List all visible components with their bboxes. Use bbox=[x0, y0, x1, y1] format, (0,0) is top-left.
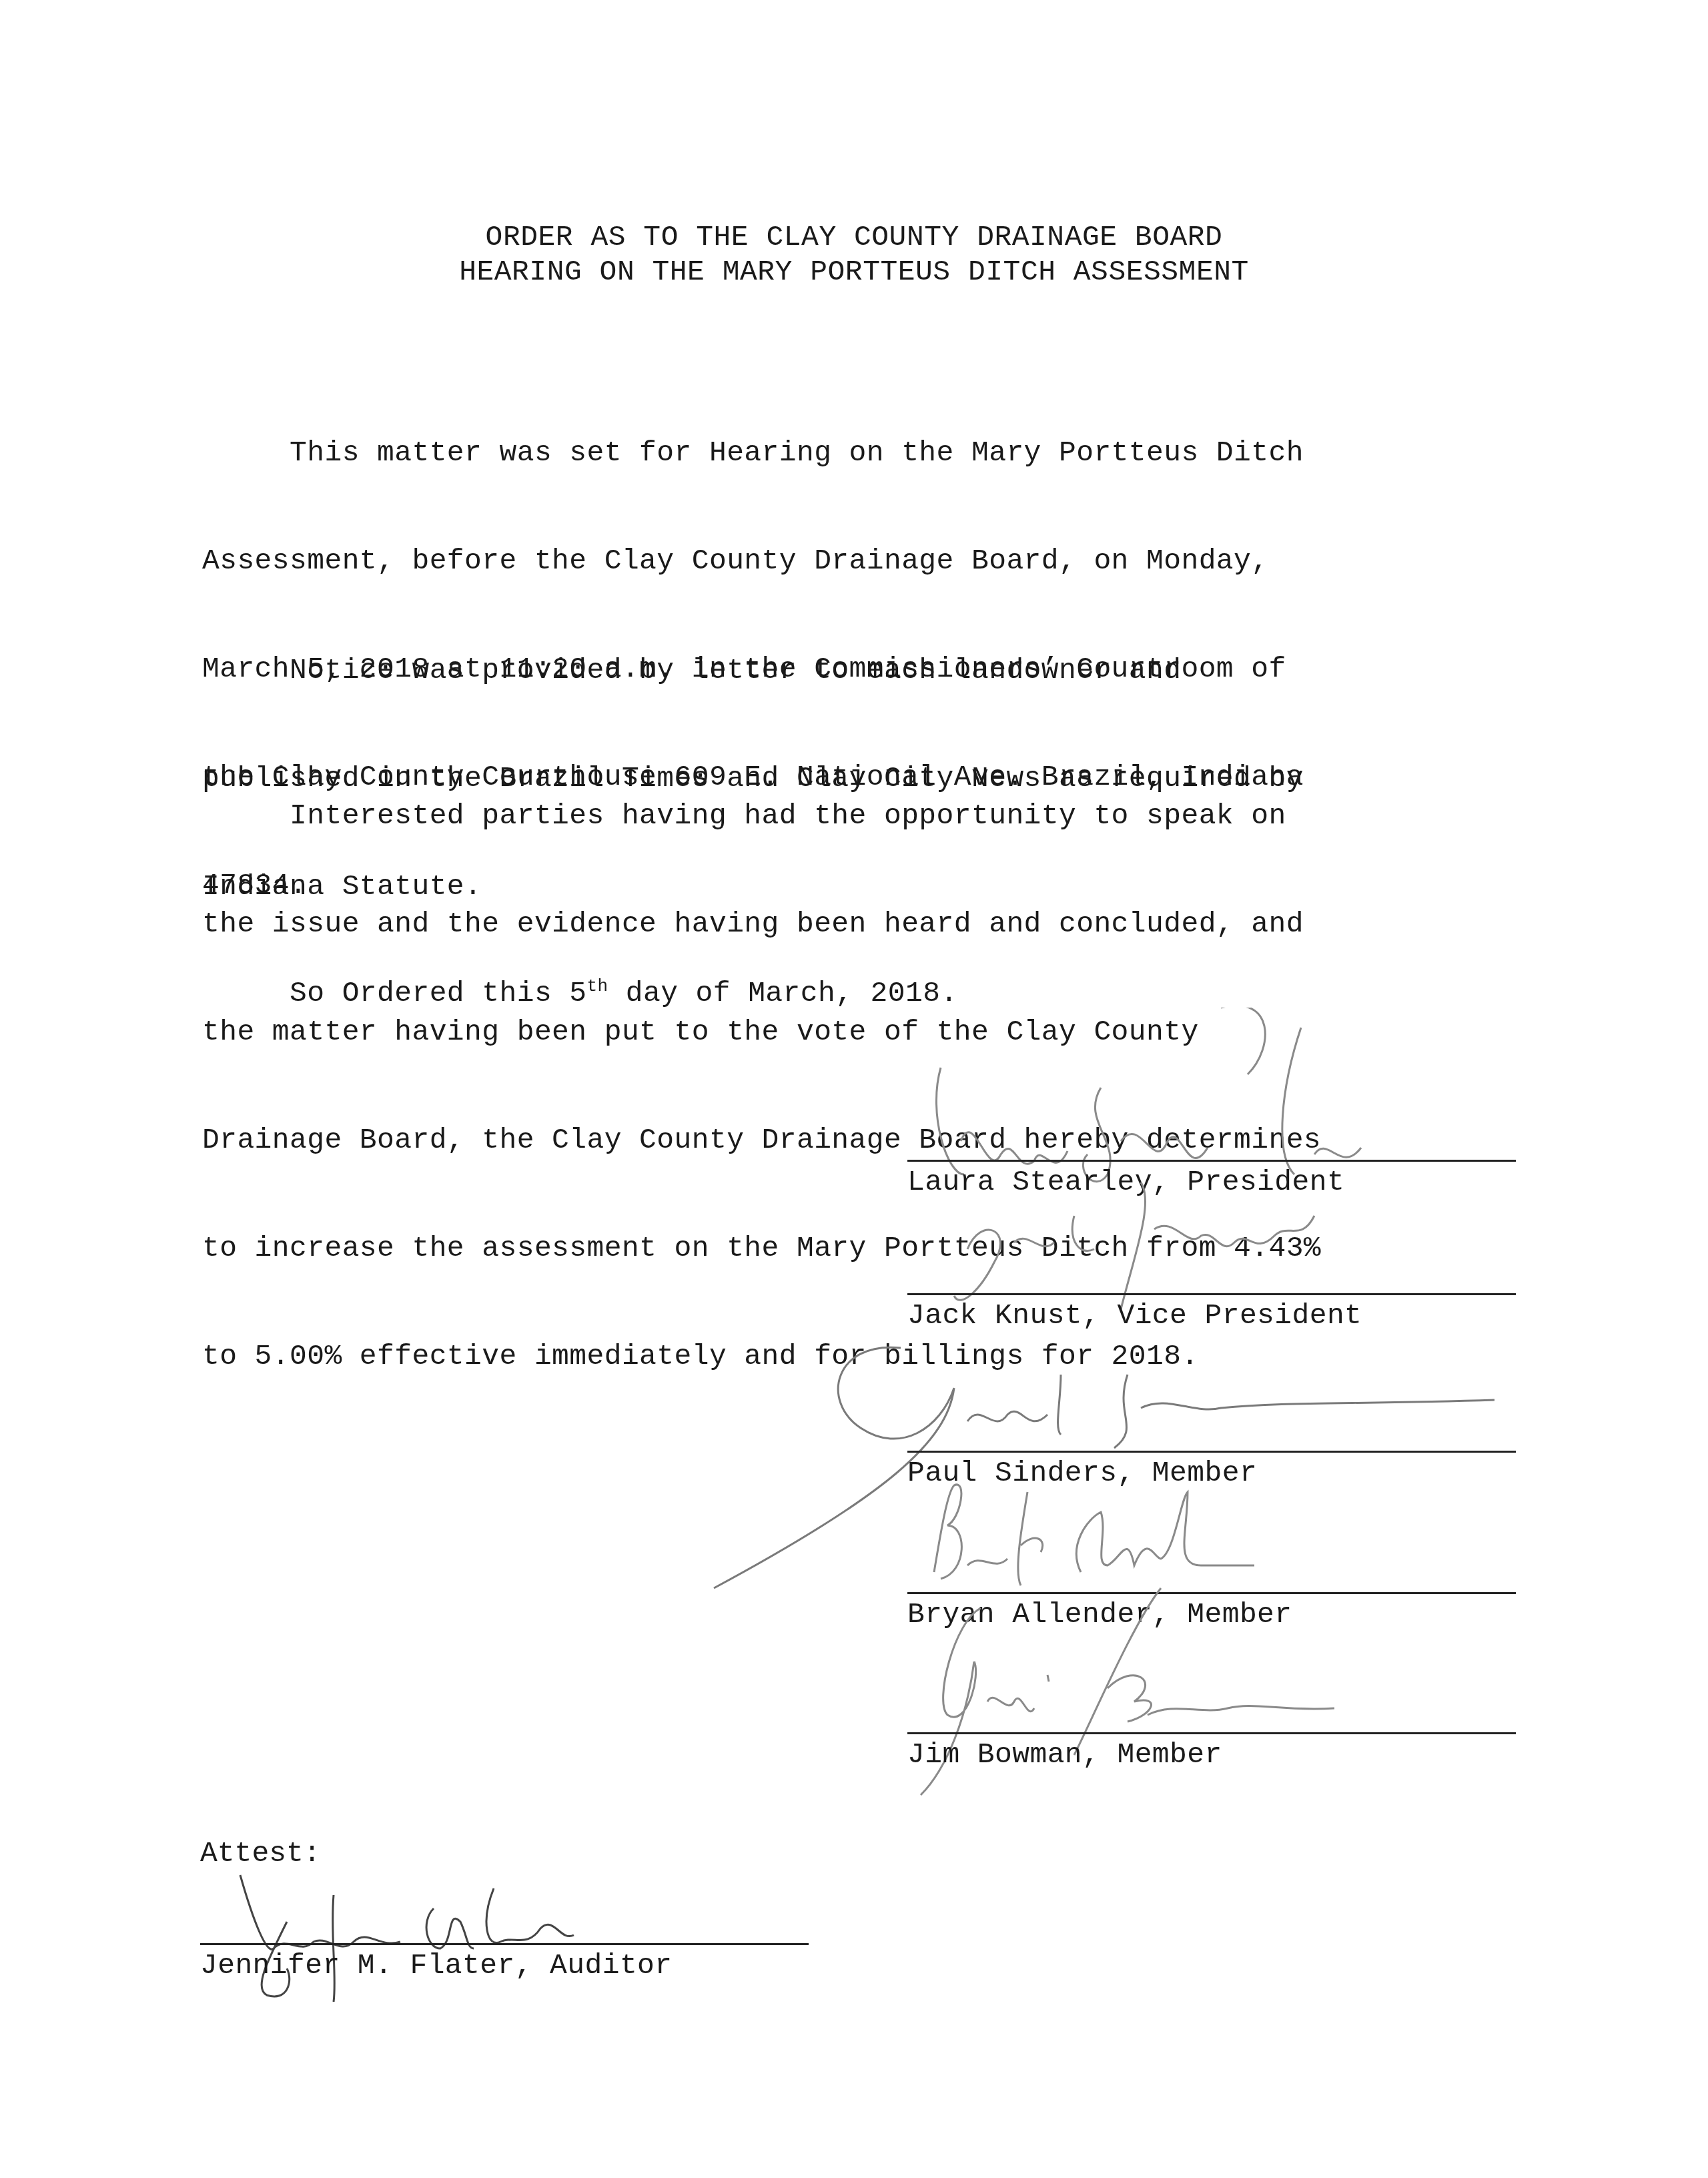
signature-line bbox=[907, 1293, 1516, 1295]
document-title-line-2: HEARING ON THE MARY PORTTEUS DITCH ASSES… bbox=[0, 255, 1708, 290]
handwritten-signature-icon bbox=[941, 1176, 1408, 1309]
ordered-suffix: day of March, 2018. bbox=[608, 977, 958, 1010]
document-title-line-1: ORDER AS TO THE CLAY COUNTY DRAINAGE BOA… bbox=[0, 220, 1708, 255]
text-line: Notice was provided by letter to each la… bbox=[202, 653, 1510, 689]
signature-line bbox=[907, 1732, 1516, 1734]
text-line: the issue and the evidence having been h… bbox=[202, 906, 1510, 942]
signature-line bbox=[200, 1943, 809, 1945]
attest-name: Jennifer M. Flater, Auditor bbox=[200, 1948, 673, 1983]
so-ordered-line: So Ordered this 5th day of March, 2018. bbox=[202, 976, 1510, 1012]
signature-line bbox=[907, 1451, 1516, 1453]
text-line: This matter was set for Hearing on the M… bbox=[202, 435, 1510, 471]
text-line: Assessment, before the Clay County Drain… bbox=[202, 543, 1510, 579]
signature-line bbox=[907, 1160, 1516, 1162]
text-line: Interested parties having had the opport… bbox=[202, 798, 1510, 834]
handwritten-signature-icon bbox=[907, 1465, 1441, 1599]
ordinal-suffix: th bbox=[587, 976, 608, 996]
attest-label: Attest: bbox=[200, 1836, 321, 1871]
ordered-prefix: So Ordered this 5 bbox=[202, 977, 587, 1010]
signatory-name: Jim Bowman, Member bbox=[907, 1738, 1222, 1772]
